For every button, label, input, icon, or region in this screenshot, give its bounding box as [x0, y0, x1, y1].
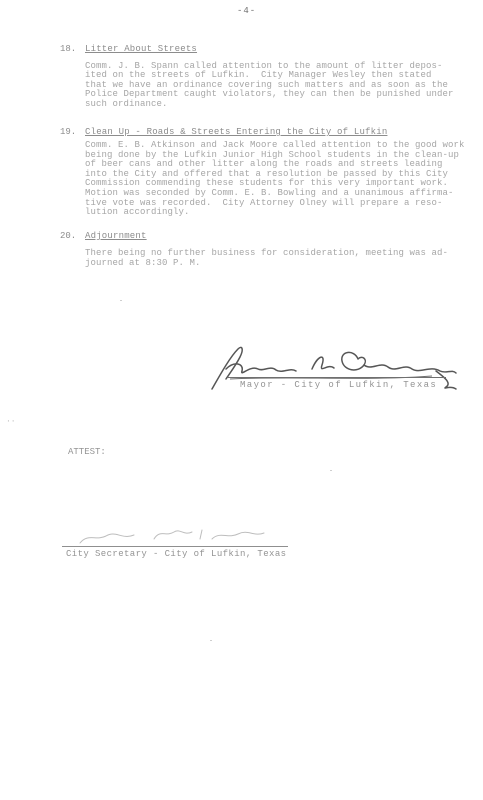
item-19-body-line: Commission commending these students for… — [85, 178, 448, 188]
item-18-number: 18. — [60, 44, 82, 54]
item-19-body-line: being done by the Lufkin Junior High Sch… — [85, 150, 459, 160]
secretary-signature-image — [62, 527, 290, 547]
item-19-body-line: tive vote was recorded. City Attorney Ol… — [85, 198, 443, 208]
item-19-number: 19. — [60, 127, 82, 137]
item-20-body-line: journed at 8:30 P. M. — [85, 258, 201, 268]
item-20-body-line: There being no further business for cons… — [85, 248, 448, 258]
item-19-body-line: lution accordingly. — [85, 207, 190, 217]
secretary-signature-line — [62, 546, 288, 547]
scanned-minutes-page: { "page": { "page_number": "-4-", "margi… — [0, 0, 483, 800]
secretary-signature-label: City Secretary - City of Lufkin, Texas — [66, 549, 286, 559]
scan-artifact: ·· — [6, 417, 16, 426]
item-19-body-line: of beer cans and other litter along the … — [85, 159, 443, 169]
item-19-title: Clean Up - Roads & Streets Entering the … — [85, 127, 387, 137]
item-20-title: Adjournment — [85, 231, 147, 241]
mayor-signature-line — [228, 377, 446, 378]
scan-speck — [330, 470, 332, 471]
page-number: -4- — [237, 6, 256, 16]
scan-speck — [120, 300, 122, 301]
item-18-body-line: such ordinance. — [85, 99, 168, 109]
item-20-number: 20. — [60, 231, 82, 241]
item-19-body-line: Motion was seconded by Comm. E. B. Bowli… — [85, 188, 454, 198]
item-18-title: Litter About Streets — [85, 44, 197, 54]
item-19-body-line: into the City and offered that a resolut… — [85, 169, 448, 179]
mayor-signature-label: Mayor - City of Lufkin, Texas — [240, 380, 437, 390]
scan-speck — [210, 640, 212, 641]
attest-label: ATTEST: — [68, 447, 106, 457]
item-19-body-line: Comm. E. B. Atkinson and Jack Moore call… — [85, 140, 465, 150]
